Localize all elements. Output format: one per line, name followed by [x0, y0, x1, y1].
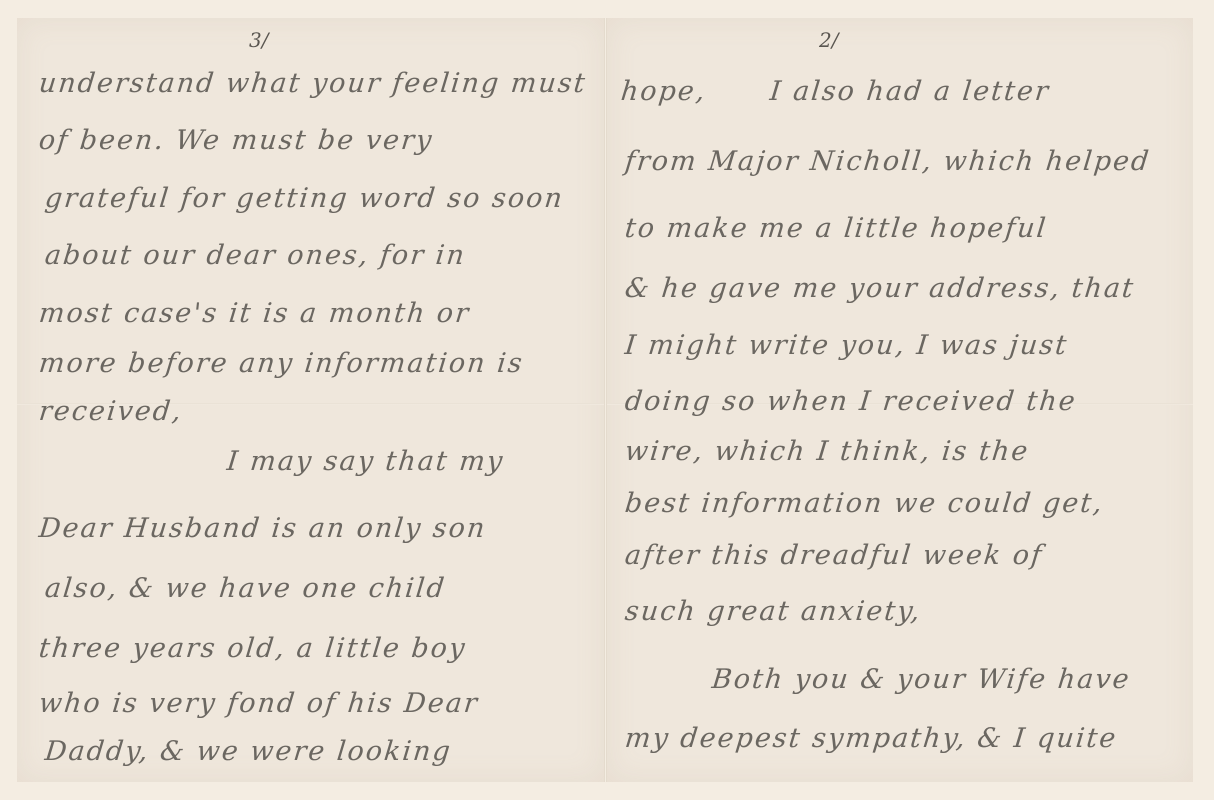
- handwritten-line: Both you & your Wife have: [710, 664, 1132, 695]
- handwritten-line: & he gave me your address, that: [623, 273, 1136, 304]
- handwritten-line: about our dear ones, for in: [43, 240, 467, 271]
- letter-page-left: 3/ understand what your feeling must of …: [17, 18, 605, 782]
- handwritten-line: I might write you, I was just: [623, 330, 1069, 361]
- handwritten-line: also, & we have one child: [43, 573, 447, 604]
- handwritten-line: my deepest sympathy, & I quite: [623, 723, 1119, 754]
- handwritten-line: grateful for getting word so soon: [43, 183, 565, 214]
- handwritten-line: Daddy, & we were looking: [43, 736, 453, 767]
- page-number: 3/: [249, 28, 268, 52]
- handwritten-line: Dear Husband is an only son: [37, 513, 488, 544]
- handwritten-line: such great anxiety,: [623, 596, 923, 627]
- handwritten-line: three years old, a little boy: [37, 633, 468, 664]
- handwritten-line: received,: [37, 396, 184, 427]
- handwritten-line: most case's it is a month or: [37, 298, 471, 329]
- page-number: 2/: [819, 28, 838, 52]
- handwritten-line: doing so when I received the: [623, 386, 1078, 417]
- handwritten-line: from Major Nicholl, which helped: [623, 146, 1152, 177]
- handwritten-line: understand what your feeling must: [37, 68, 588, 99]
- handwritten-line: who is very fond of his Dear: [37, 688, 480, 719]
- handwritten-line: I may say that my: [225, 446, 505, 477]
- handwritten-line: best information we could get,: [623, 488, 1105, 519]
- letter-page-right: 2/ hope, I also had a letter from Major …: [606, 18, 1193, 782]
- handwritten-line: of been. We must be very: [37, 125, 435, 156]
- handwritten-line: after this dreadful week of: [623, 540, 1044, 571]
- handwritten-line: hope, I also had a letter: [619, 76, 1051, 107]
- handwritten-line: more before any information is: [37, 348, 525, 379]
- handwritten-line: to make me a little hopeful: [623, 213, 1049, 244]
- handwritten-line: wire, which I think, is the: [623, 436, 1031, 467]
